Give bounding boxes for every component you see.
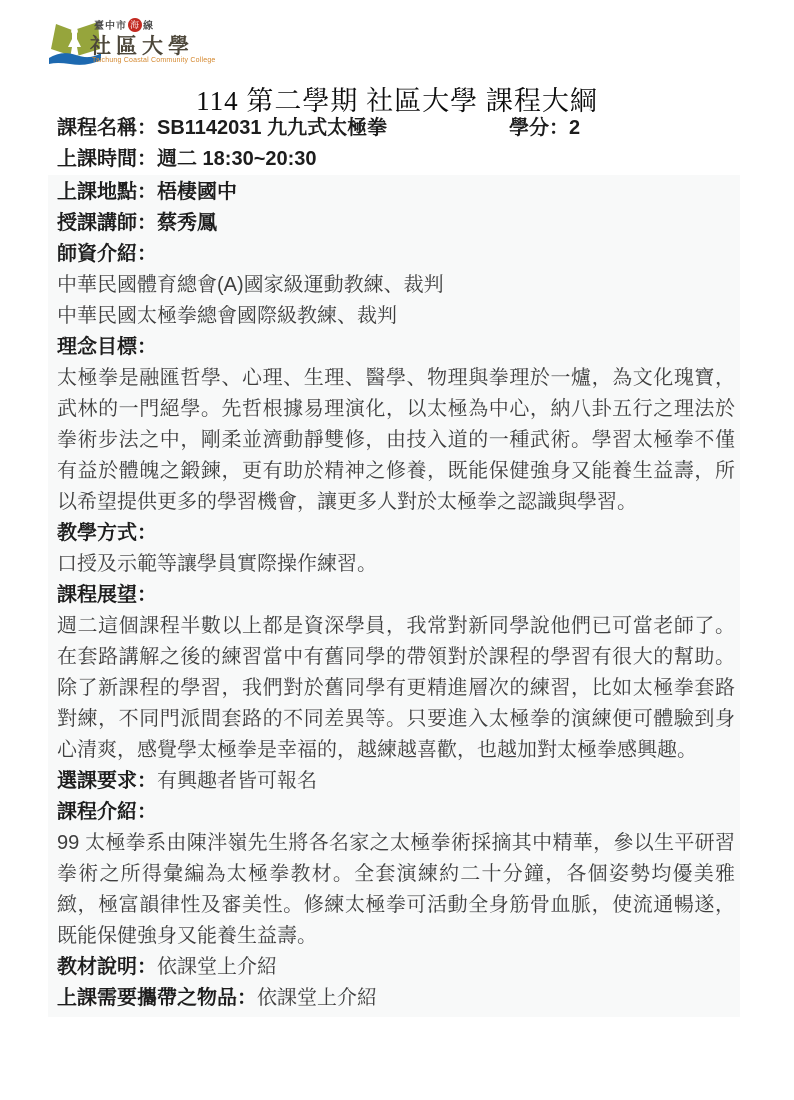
section: 師資介紹：中華民國體育總會(A)國家級運動教練、裁判中華民國太極拳總會國際級教練… xyxy=(57,239,735,332)
logo-school-name: 社區大學 xyxy=(90,30,194,60)
syllabus-content: 課程名稱：SB1142031 九九式太極拳 學分：2 上課時間：週二 18:30… xyxy=(48,113,740,1017)
section: 教學方式：口授及示範等讓學員實際操作練習。 xyxy=(57,518,735,580)
logo-english-name: Taichung Coastal Community College xyxy=(92,57,216,64)
field-class-time: 上課時間：週二 18:30~20:30 xyxy=(48,144,740,175)
section-label: 教材說明： xyxy=(57,956,157,978)
course-name-value: SB1142031 九九式太極拳 xyxy=(157,117,387,139)
section-value: 依課堂上介紹 xyxy=(257,987,377,1009)
school-logo: 臺中市 海 線 社區大學 Taichung Coastal Community … xyxy=(48,14,218,72)
section-paragraph: 週二這個課程半數以上都是資深學員，我常對新同學說他們已可當老師了。在套路講解之後… xyxy=(57,611,735,766)
section-label: 上課需要攜帶之物品： xyxy=(57,987,257,1009)
section-heading: 教學方式： xyxy=(57,518,735,549)
section-heading: 課程展望： xyxy=(57,580,735,611)
section-value: 有興趣者皆可報名 xyxy=(157,770,317,792)
field-course-name: 課程名稱：SB1142031 九九式太極拳 學分：2 xyxy=(48,113,740,144)
instructor-value: 蔡秀鳳 xyxy=(157,212,217,234)
course-name-label: 課程名稱： xyxy=(57,117,157,139)
credits-value: 2 xyxy=(569,117,580,139)
section-value: 依課堂上介紹 xyxy=(157,956,277,978)
field-location: 上課地點：梧棲國中 xyxy=(57,177,735,208)
gray-detail-block: 上課地點：梧棲國中 授課講師：蔡秀鳳 師資介紹：中華民國體育總會(A)國家級運動… xyxy=(48,175,740,1017)
section-heading: 課程介紹： xyxy=(57,797,735,828)
section: 理念目標：太極拳是融匯哲學、心理、生理、醫學、物理與拳理於一爐，為文化瑰寶，武林… xyxy=(57,332,735,518)
field-credits: 學分：2 xyxy=(509,113,580,144)
section: 選課要求：有興趣者皆可報名 xyxy=(57,766,735,797)
class-time-value: 週二 18:30~20:30 xyxy=(157,148,317,170)
instructor-label: 授課講師： xyxy=(57,212,157,234)
location-value: 梧棲國中 xyxy=(157,181,237,203)
section-paragraph: 99 太極拳系由陳泮嶺先生將各名家之太極拳術採摘其中精華，參以生平研習拳術之所得… xyxy=(57,828,735,952)
section: 課程介紹：99 太極拳系由陳泮嶺先生將各名家之太極拳術採摘其中精華，參以生平研習… xyxy=(57,797,735,952)
section: 上課需要攜帶之物品：依課堂上介紹 xyxy=(57,983,735,1014)
section: 教材說明：依課堂上介紹 xyxy=(57,952,735,983)
field-instructor: 授課講師：蔡秀鳳 xyxy=(57,208,735,239)
section-paragraph: 口授及示範等讓學員實際操作練習。 xyxy=(57,549,735,580)
section-label: 選課要求： xyxy=(57,770,157,792)
class-time-label: 上課時間： xyxy=(57,148,157,170)
section-heading: 理念目標： xyxy=(57,332,735,363)
syllabus-page: 臺中市 海 線 社區大學 Taichung Coastal Community … xyxy=(0,0,794,1100)
section-heading: 師資介紹： xyxy=(57,239,735,270)
section: 課程展望：週二這個課程半數以上都是資深學員，我常對新同學說他們已可當老師了。在套… xyxy=(57,580,735,766)
section-paragraph: 中華民國體育總會(A)國家級運動教練、裁判 xyxy=(57,270,735,301)
section-paragraph: 太極拳是融匯哲學、心理、生理、醫學、物理與拳理於一爐，為文化瑰寶，武林的一門絕學… xyxy=(57,363,735,518)
location-label: 上課地點： xyxy=(57,181,157,203)
sections: 師資介紹：中華民國體育總會(A)國家級運動教練、裁判中華民國太極拳總會國際級教練… xyxy=(57,239,735,1014)
section-paragraph: 中華民國太極拳總會國際級教練、裁判 xyxy=(57,301,735,332)
credits-label: 學分： xyxy=(509,117,569,139)
